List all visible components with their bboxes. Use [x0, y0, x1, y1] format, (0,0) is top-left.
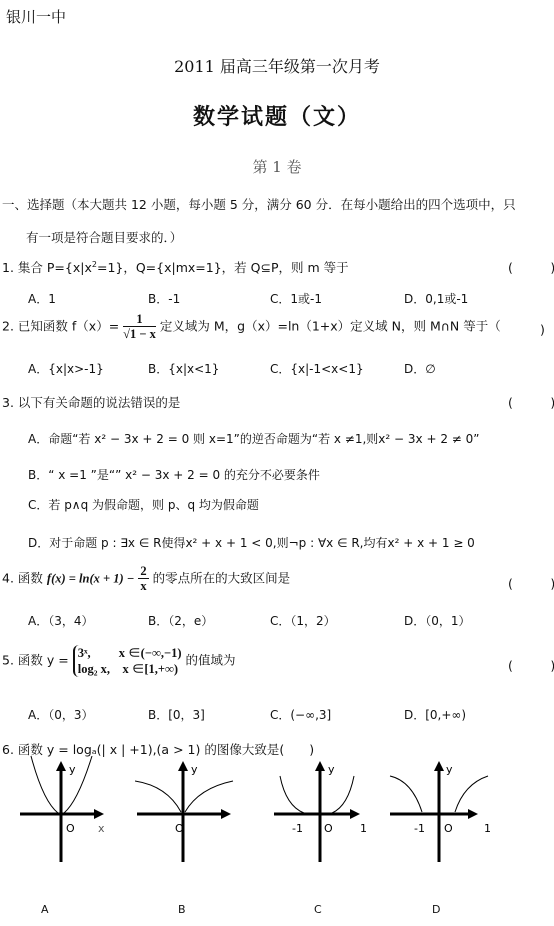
question-1-option-b[interactable]: B．-1: [148, 290, 180, 307]
question-5-option-b[interactable]: B．[0，3]: [148, 706, 205, 723]
svg-text:-1: -1: [414, 822, 425, 835]
question-5-option-c[interactable]: C．(−∞,3]: [270, 706, 331, 723]
question-5-option-a[interactable]: A．（0，3）: [28, 706, 93, 723]
question-2-stem: 2. 已知函数 f（x）= 1√1 − x 定义域为 M，g（x）=ln（1+x…: [2, 313, 501, 341]
answer-blank[interactable]: ( ): [508, 656, 554, 674]
graph-label-c[interactable]: C: [314, 903, 322, 916]
graph-d[interactable]: y -1 O 1: [388, 756, 498, 864]
question-5-stem: 5. 函数 y = 3ˣ, x ∈(−∞,−1)log₂ x, x ∈[1,+∞…: [2, 645, 236, 677]
section-instructions-line1: 一、选择题（本大题共 12 小题，每小题 5 分，满分 60 分．在每小题给出的…: [2, 195, 516, 213]
answer-blank[interactable]: ( ): [508, 574, 554, 592]
question-3-option-d[interactable]: D．对于命题 p : ∃x ∈ R使得x² + x + 1 < 0,则¬p : …: [28, 534, 475, 551]
svg-text:O: O: [324, 822, 333, 835]
answer-blank[interactable]: ( ): [508, 258, 554, 276]
question-1-option-c[interactable]: C．1或-1: [270, 290, 322, 307]
section-instructions-line2: 有一项是符合题目要求的．）: [26, 228, 182, 246]
question-3-option-c[interactable]: C．若 p∧q 为假命题，则 p、q 均为假命题: [28, 496, 259, 513]
subject-title: 数学试题（文）: [0, 100, 554, 131]
question-3-option-a[interactable]: A．命题“若 x² − 3x + 2 = 0 则 x=1”的逆否命题为“若 x …: [28, 430, 479, 447]
svg-text:O: O: [175, 822, 184, 835]
school-name: 银川一中: [6, 6, 66, 27]
question-3-option-b[interactable]: B．“ x =1 ”是“” x² − 3x + 2 = 0 的充分不必要条件: [28, 466, 320, 483]
svg-text:y: y: [191, 763, 198, 776]
graph-a[interactable]: y O x: [18, 756, 118, 864]
svg-text:-1: -1: [292, 822, 303, 835]
question-2-option-b[interactable]: B．{x|x<1}: [148, 360, 219, 377]
question-2-option-c[interactable]: C．{x|-1<x<1}: [270, 360, 364, 377]
svg-text:y: y: [69, 763, 76, 776]
question-4-option-d[interactable]: D．（0，1）: [404, 612, 471, 629]
piecewise-function: 3ˣ, x ∈(−∞,−1)log₂ x, x ∈[1,+∞): [73, 645, 182, 677]
question-1-option-a[interactable]: A．1: [28, 290, 56, 307]
question-2-option-a[interactable]: A．{x|x>-1}: [28, 360, 104, 377]
volume-label: 第 1 卷: [0, 156, 554, 177]
graph-label-a[interactable]: A: [41, 903, 49, 916]
svg-text:y: y: [328, 763, 335, 776]
fraction: 1√1 − x: [123, 313, 156, 341]
graph-label-b[interactable]: B: [178, 903, 186, 916]
svg-text:y: y: [446, 763, 453, 776]
question-5-option-d[interactable]: D．[0,+∞): [404, 706, 466, 723]
question-3-stem: 3. 以下有关命题的说法错误的是: [2, 393, 180, 411]
graph-label-d[interactable]: D: [432, 903, 440, 916]
question-4-stem: 4. 函数 f(x) = ln(x + 1) − 2x 的零点所在的大致区间是: [2, 565, 290, 593]
question-4-option-a[interactable]: A．（3，4）: [28, 612, 93, 629]
graph-c[interactable]: y -1 O 1: [272, 756, 372, 864]
question-2-option-d[interactable]: D．∅: [404, 360, 436, 377]
answer-blank-close[interactable]: ): [540, 322, 545, 337]
question-1-stem: 1. 集合 P={x|x2=1}，Q={x|mx=1}，若 Q⊆P，则 m 等于: [2, 258, 349, 276]
svg-text:1: 1: [484, 822, 491, 835]
question-4-option-b[interactable]: B．（2，e）: [148, 612, 213, 629]
graph-b[interactable]: y O: [135, 756, 245, 864]
question-4-option-c[interactable]: C．（1，2）: [270, 612, 336, 629]
svg-text:1: 1: [360, 822, 367, 835]
svg-text:O: O: [66, 822, 75, 835]
question-1-option-d[interactable]: D．0,1或-1: [404, 290, 468, 307]
svg-text:x: x: [98, 822, 105, 835]
exam-title: 2011 届高三年级第一次月考: [0, 54, 554, 77]
question-number: 1.: [2, 260, 14, 275]
svg-text:O: O: [444, 822, 453, 835]
answer-blank[interactable]: ( ): [508, 393, 554, 411]
